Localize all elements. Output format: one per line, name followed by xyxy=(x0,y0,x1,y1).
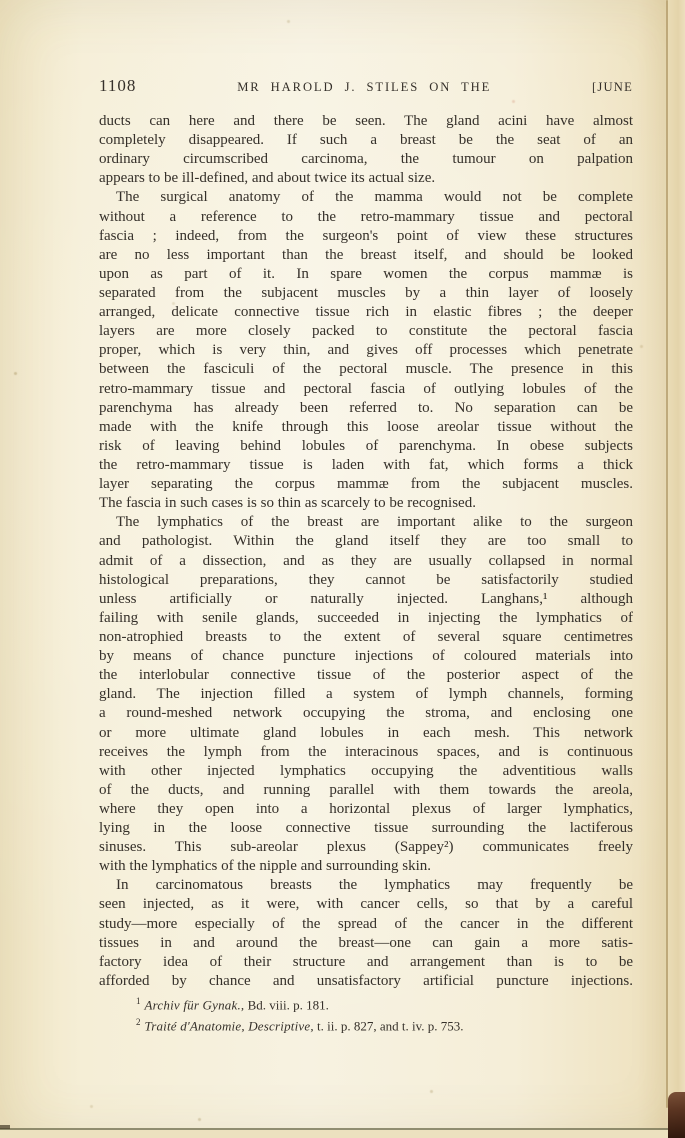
text-line: upon as part of it. In spare women the c… xyxy=(99,265,633,284)
text-line: ordinary circumscribed carcinoma, the tu… xyxy=(99,150,633,169)
text-line: afforded by chance and unsatisfactory ar… xyxy=(99,972,633,991)
text-line: factory idea of their structure and arra… xyxy=(99,953,633,972)
text-line: parenchyma has already been referred to.… xyxy=(99,399,633,418)
text-line: fascia ; indeed, from the surgeon's poin… xyxy=(99,227,633,246)
footnote-title: Archiv für Gynak., xyxy=(145,997,245,1012)
text-line: In carcinomatous breasts the lymphatics … xyxy=(99,876,633,895)
text-line: without a reference to the retro-mammary… xyxy=(99,208,633,227)
paragraph: ducts can here and there be seen. The gl… xyxy=(99,112,633,188)
page-header: 1108 MR HAROLD J. STILES ON THE [JUNE xyxy=(99,76,633,96)
text-line: retro-mammary tissue and pectoral fascia… xyxy=(99,380,633,399)
bottom-left-edge-mark xyxy=(0,1125,10,1129)
text-line: arranged, delicate connective tissue ric… xyxy=(99,303,633,322)
text-line: a round-meshed network occupying the str… xyxy=(99,704,633,723)
text-line: gland. The injection filled a system of … xyxy=(99,685,633,704)
text-line: failing with senile glands, succeeded in… xyxy=(99,609,633,628)
text-line: risk of leaving behind lobules of parenc… xyxy=(99,437,633,456)
footnote-marker: 2 xyxy=(136,1017,141,1027)
issue-month: [JUNE xyxy=(592,80,633,95)
text-line: seen injected, as it were, with cancer c… xyxy=(99,895,633,914)
footnote-marker: 1 xyxy=(136,996,141,1006)
text-line: layers are more closely packed to consti… xyxy=(99,322,633,341)
footnote: 2Traité d'Anatomie, Descriptive, t. ii. … xyxy=(136,1014,616,1035)
paragraph: The surgical anatomy of the mamma would … xyxy=(99,188,633,513)
text-line: of the ducts, and running parallel with … xyxy=(99,781,633,800)
body-text: ducts can here and there be seen. The gl… xyxy=(99,112,633,991)
text-line: by means of chance puncture injections o… xyxy=(99,647,633,666)
scanned-book-page: 1108 MR HAROLD J. STILES ON THE [JUNE du… xyxy=(0,0,685,1138)
paragraph: The lymphatics of the breast are importa… xyxy=(99,513,633,876)
text-line: with the lymphatics of the nipple and su… xyxy=(99,857,633,876)
text-line: The lymphatics of the breast are importa… xyxy=(99,513,633,532)
footnote-title: Traité d'Anatomie, Descriptive, xyxy=(145,1018,314,1033)
text-line: study—more especially of the spread of t… xyxy=(99,915,633,934)
text-line: The surgical anatomy of the mamma would … xyxy=(99,188,633,207)
text-line: made with the knife through this loose a… xyxy=(99,418,633,437)
text-line: with other injected lymphatics occupying… xyxy=(99,762,633,781)
text-line: separated from the subjacent muscles by … xyxy=(99,284,633,303)
footnotes: 1Archiv für Gynak., Bd. viii. p. 181.2Tr… xyxy=(136,993,616,1034)
book-cover-corner xyxy=(668,1092,685,1138)
text-line: proper, which is very thin, and gives of… xyxy=(99,341,633,360)
text-line: layer separating the corpus mammæ from t… xyxy=(99,475,633,494)
page-edge-strip xyxy=(668,0,685,1138)
paragraph: In carcinomatous breasts the lymphatics … xyxy=(99,876,633,991)
text-line: completely disappeared. If such a breast… xyxy=(99,131,633,150)
text-line: receives the lymph from the interacinous… xyxy=(99,743,633,762)
text-line: between the fasciculi of the pectoral mu… xyxy=(99,360,633,379)
text-line: tissues in and around the breast—one can… xyxy=(99,934,633,953)
text-line: sinuses. This sub-areolar plexus (Sappey… xyxy=(99,838,633,857)
text-line: the retro-mammary tissue is laden with f… xyxy=(99,456,633,475)
footnote: 1Archiv für Gynak., Bd. viii. p. 181. xyxy=(136,993,616,1014)
text-line: are no less important than the breast it… xyxy=(99,246,633,265)
running-title: MR HAROLD J. STILES ON THE xyxy=(237,80,491,95)
bottom-edge-strip xyxy=(0,1130,672,1138)
text-line: appears to be ill-defined, and about twi… xyxy=(99,169,633,188)
text-line: The fascia in such cases is so thin as s… xyxy=(99,494,633,513)
text-line: ducts can here and there be seen. The gl… xyxy=(99,112,633,131)
paper-speckles xyxy=(0,0,3,3)
text-line: and pathologist. Within the gland itself… xyxy=(99,532,633,551)
page-number: 1108 xyxy=(99,76,136,96)
text-line: the interlobular connective tissue of th… xyxy=(99,666,633,685)
text-line: histological preparations, they cannot b… xyxy=(99,571,633,590)
text-line: lying in the loose connective tissue sur… xyxy=(99,819,633,838)
text-line: unless artificially or naturally injecte… xyxy=(99,590,633,609)
text-line: admit of a dissection, and as they are u… xyxy=(99,552,633,571)
text-line: where they open into a horizontal plexus… xyxy=(99,800,633,819)
text-line: non-atrophied breasts to the extent of s… xyxy=(99,628,633,647)
text-line: or more ultimate gland lobules in each m… xyxy=(99,724,633,743)
